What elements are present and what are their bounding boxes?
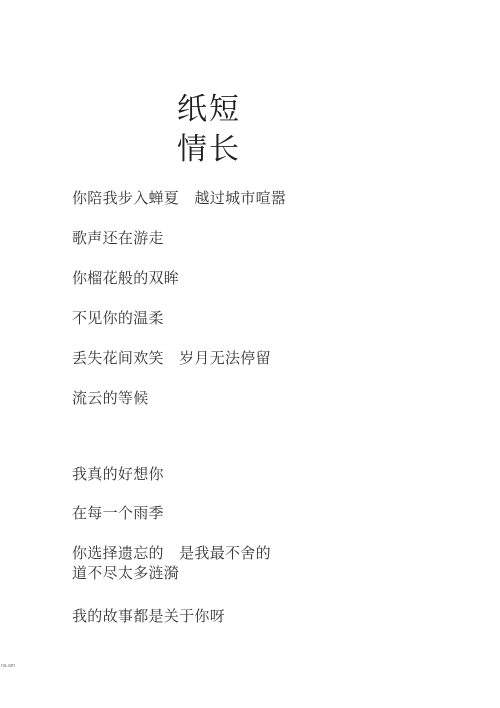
lyric-line: 道不尽太多涟漪 <box>72 565 179 583</box>
lyric-line: 我真的好想你 <box>72 466 164 484</box>
lyric-line: 在每一个雨季 <box>72 505 164 523</box>
watermark-text: na.am <box>1 663 15 669</box>
title-line-2: 情长 <box>72 130 346 170</box>
title-line-1: 纸短 <box>72 90 346 130</box>
lyric-line: 丢失花间欢笑 岁月无法停留 <box>72 350 271 368</box>
lyric-line: 歌声还在游走 <box>72 230 164 248</box>
lyric-line: 不见你的温柔 <box>72 310 164 328</box>
lyric-line: 你榴花般的双眸 <box>72 270 179 288</box>
song-title: 纸短 情长 <box>72 90 346 170</box>
lyric-line: 流云的等候 <box>72 390 149 408</box>
lyric-line: 你陪我步入蝉夏 越过城市喧嚣 <box>72 190 286 208</box>
document-page: 纸短 情长 你陪我步入蝉夏 越过城市喧嚣 歌声还在游走 你榴花般的双眸 不见你的… <box>0 0 500 708</box>
lyric-line: 我的故事都是关于你呀 <box>72 608 225 626</box>
lyric-line: 你选择遗忘的 是我最不舍的 <box>72 545 271 563</box>
